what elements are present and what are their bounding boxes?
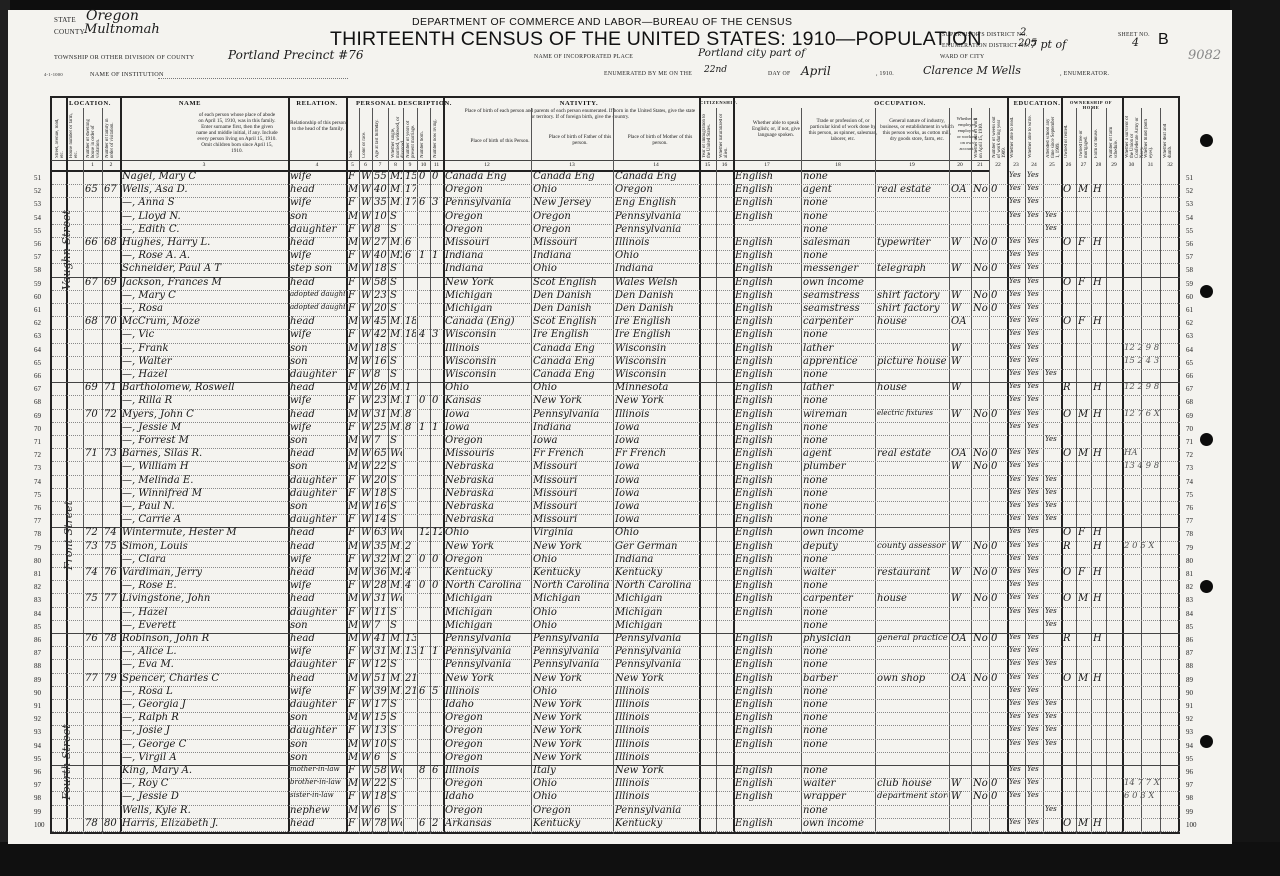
cell-family: 73 [104,448,119,459]
cell-relation: son [290,712,345,723]
cell-school: Yes [1045,739,1060,747]
cell-own: O [1063,527,1075,538]
cell-born: 6 [419,197,429,208]
line-number: 60 [1186,293,1193,301]
cell-bp: Kentucky [445,567,530,578]
cell-bpm: Illinois [615,699,698,710]
column-header-street: Street, avenue, road, etc. [55,112,65,158]
cell-lang: English [735,541,800,552]
cell-school: Yes [1045,725,1060,733]
cell-farm: H [1093,567,1105,578]
cell-name: —, Clara [122,554,287,565]
cell-read: Yes [1009,171,1024,179]
cell-years: 17 [405,184,416,195]
column-number: 20 [949,162,971,168]
cell-read: Yes [1009,765,1024,773]
cell-bp: Missouris [445,448,530,459]
column-number: 2 [102,162,120,168]
cell-bpf: Ohio [533,778,612,789]
cell-out: No [973,184,988,195]
cell-write: Yes [1027,422,1042,430]
cell-lang: English [735,791,800,802]
cell-race: W [361,778,371,789]
cell-farm: H [1093,673,1105,684]
cell-bpm: Kentucky [615,818,698,829]
line-number-left: 76 [34,504,41,512]
ward-value: 7 pt of [1030,38,1066,51]
cell-bpf: Ohio [533,791,612,802]
cell-bpm: Iowa [615,461,698,472]
cell-born: 0 [419,395,429,406]
cell-trade: none [803,197,874,208]
cell-bpf: Iowa [533,435,612,446]
cell-trade: none [803,765,874,776]
column-header-sched: Number of farm schedule. [1109,112,1119,158]
cell-marital: M2 [390,567,402,578]
cell-read: Yes [1009,475,1024,483]
cell-read: Yes [1009,382,1024,390]
cell-emp: W [951,382,970,393]
cell-age: 32 [374,554,387,565]
cell-emp: W [951,290,970,301]
cell-school: Yes [1045,514,1060,522]
cell-bp: Illinois [445,343,530,354]
cell-age: 31 [374,593,387,604]
cell-industry: general practice [877,633,948,643]
line-number: 57 [1186,253,1193,261]
cell-read: Yes [1009,646,1024,654]
line-number: 70 [1186,425,1193,433]
column-number: 12 [443,162,531,168]
cell-name: —, Carrie A [122,514,287,525]
cell-living: 1 [432,250,442,261]
line-number-left: 62 [34,319,41,327]
cell-trade: none [803,211,874,222]
cell-sex: F [348,395,358,406]
cell-marital: S [390,501,402,512]
cell-sex: M [348,501,358,512]
cell-years: 15 [405,171,416,182]
cell-lang: English [735,488,800,499]
cell-wk: 0 [991,778,1006,789]
cell-bpf: New York [533,739,612,750]
cell-relation: daughter [290,475,345,486]
cell-relation: daughter [290,699,345,710]
cell-years: 18 [405,316,416,327]
cell-living: 3 [432,329,442,340]
cell-name: —, Mary C [122,290,287,301]
cell-bpm: Illinois [615,739,698,750]
cell-out: No [973,673,988,684]
cell-bp: Illinois [445,686,530,697]
cell-age: 13 [374,725,387,736]
cell-emp: W [951,303,970,314]
cell-bpm: Michigan [615,620,698,631]
column-header-living: Number now living. [433,112,438,158]
column-header-family: Number of family in order of visitation. [105,112,115,158]
cell-sex: F [348,580,358,591]
cell-trade: none [803,620,874,631]
cell-age: 41 [374,633,387,644]
column-header-dwelling: Number of dwelling house in order of vis… [86,112,101,158]
line-number-left: 61 [34,306,41,314]
cell-industry: restaurant [877,567,948,578]
cell-trade: seamstress [803,303,874,314]
cell-write: Yes [1027,818,1042,826]
cell-relation: brother-in-law [290,778,345,786]
cell-write: Yes [1027,448,1042,456]
cell-bpm: Iowa [615,475,698,486]
cell-sex: F [348,527,358,538]
cell-bpm: Illinois [615,778,698,789]
cell-living: 0 [432,171,442,182]
column-number: 17 [733,162,801,168]
cell-living: 3 [432,197,442,208]
cell-bpf: Missouri [533,461,612,472]
cell-wk: 0 [991,673,1006,684]
cell-read: Yes [1009,316,1024,324]
cell-marital: M1 [390,554,402,565]
cell-sex: F [348,818,358,829]
line-number-left: 73 [34,464,41,472]
cell-age: 31 [374,409,387,420]
cell-mort: M [1078,184,1090,195]
cell-age: 28 [374,580,387,591]
cell-relation: adopted daughter [290,290,345,298]
cell-age: 7 [374,620,387,631]
line-number: 68 [1186,398,1193,406]
cell-bp: Wisconsin [445,369,530,380]
coding-annotation: 12 2 9 8 [1124,343,1159,353]
cell-marital: S [390,303,402,314]
cell-relation: wife [290,329,345,340]
cell-bpf: Kentucky [533,818,612,829]
cell-relation: daughter [290,224,345,235]
cell-write: Yes [1027,197,1042,205]
cell-lang: English [735,712,800,723]
cell-race: W [361,435,371,446]
cell-bp: Pennsylvania [445,659,530,670]
column-number: 30 [1122,162,1141,168]
line-number: 96 [1186,768,1193,776]
cell-age: 20 [374,303,387,314]
cell-industry: telegraph [877,263,948,274]
cell-bpf: New York [533,395,612,406]
cell-bpf: Oregon [533,805,612,816]
column-number: 31 [1141,162,1160,168]
cell-years: 6 [405,250,416,261]
cell-write: Yes [1027,329,1042,337]
cell-bp: Wisconsin [445,329,530,340]
cell-bpf: Ohio [533,184,612,195]
cell-years: 4 [405,567,416,578]
cell-read: Yes [1009,488,1024,496]
cell-read: Yes [1009,263,1024,271]
line-number: 93 [1186,728,1193,736]
cell-age: 55 [374,171,387,182]
cell-school: Yes [1045,620,1060,628]
cell-bpf: Missouri [533,475,612,486]
cell-sex: F [348,250,358,261]
cell-age: 23 [374,395,387,406]
cell-read: Yes [1009,409,1024,417]
cell-born: 1 [419,646,429,657]
cell-bp: Wisconsin [445,356,530,367]
cell-lang: English [735,686,800,697]
cell-bpm: Ohio [615,527,698,538]
cell-bpm: Wisconsin [615,369,698,380]
cell-relation: head [290,382,345,393]
cell-write: Yes [1027,171,1042,179]
cell-industry: picture house [877,356,948,367]
column-number: 6 [359,162,372,168]
line-number-left: 55 [34,227,41,235]
cell-trade: own income [803,277,874,288]
cell-lang: English [735,369,800,380]
cell-farm: H [1093,527,1105,538]
cell-bpf: New York [533,673,612,684]
cell-marital: M1 [390,686,402,697]
cell-sex: M [348,778,358,789]
cell-out: No [973,791,988,802]
cell-marital: M1 [390,197,402,208]
cell-out: No [973,541,988,552]
cell-bp: North Carolina [445,580,530,591]
cell-name: Myers, John C [122,409,287,420]
cell-marital: M1 [390,184,402,195]
cell-race: W [361,263,371,274]
cell-sex: F [348,607,358,618]
line-number: 94 [1186,742,1193,750]
cell-dwelling: 66 [85,237,101,248]
cell-emp: OA [951,673,970,684]
cell-name: —, Rilla R [122,395,287,406]
line-number: 67 [1186,385,1193,393]
cell-relation: son [290,343,345,354]
cell-sex: M [348,316,358,327]
cell-relation: head [290,541,345,552]
cell-family: 76 [104,567,119,578]
cell-relation: head [290,277,345,288]
cell-years: 8 [405,422,416,433]
cell-wk: 0 [991,448,1006,459]
cell-marital: S [390,461,402,472]
cell-farm: H [1093,409,1105,420]
line-number-left: 90 [34,689,41,697]
cell-emp: OA [951,633,970,644]
line-number-left: 100 [34,821,45,829]
line-number: 98 [1186,794,1193,802]
cell-born: 4 [419,329,429,340]
cell-bp: Iowa [445,409,530,420]
cell-write: Yes [1027,356,1042,364]
cell-read: Yes [1009,184,1024,192]
cell-bp: Oregon [445,725,530,736]
cell-wk: 0 [991,791,1006,802]
cell-school: Yes [1045,607,1060,615]
cell-lang: English [735,554,800,565]
cell-age: 26 [374,382,387,393]
cell-marital: Wd [390,527,402,538]
cell-bp: New York [445,541,530,552]
cell-years: 6 [405,237,416,248]
line-number-left: 69 [34,412,41,420]
cell-bp: Oregon [445,739,530,750]
cell-marital: Wd [390,818,402,829]
cell-bpf: Ohio [533,382,612,393]
cell-lang: English [735,739,800,750]
cell-trade: none [803,224,874,235]
cell-bpm: Pennsylvania [615,805,698,816]
cell-wk: 0 [991,409,1006,420]
line-number: 52 [1186,187,1193,195]
cell-write: Yes [1027,343,1042,351]
line-number: 53 [1186,200,1193,208]
cell-bp: Ohio [445,382,530,393]
cell-own: R [1063,541,1075,552]
cell-family: 74 [104,527,119,538]
cell-dwelling: 76 [85,633,101,644]
cell-lang: English [735,673,800,684]
cell-sex: M [348,593,358,604]
cell-marital: M1 [390,237,402,248]
line-number: 51 [1186,174,1193,182]
cell-age: 15 [374,712,387,723]
cell-marital: S [390,805,402,816]
cell-bp: Michigan [445,290,530,301]
cell-read: Yes [1009,395,1024,403]
cell-bpf: Missouri [533,488,612,499]
cell-sex: F [348,475,358,486]
cell-bpm: Illinois [615,725,698,736]
cell-lang: English [735,250,800,261]
cell-industry: real estate [877,448,948,459]
cell-mort: M [1078,818,1090,829]
punch-hole [1200,580,1213,593]
cell-dwelling: 72 [85,527,101,538]
cell-lang: English [735,409,800,420]
column-header-own: Owned or rented. [1064,112,1069,158]
cell-bpf: Missouri [533,514,612,525]
cell-bp: Oregon [445,184,530,195]
cell-family: 67 [104,184,119,195]
cell-wk: 0 [991,541,1006,552]
cell-mort: F [1078,567,1090,578]
cell-read: Yes [1009,237,1024,245]
cell-trade: none [803,805,874,816]
cell-read: Yes [1009,725,1024,733]
cell-race: W [361,171,371,182]
cell-marital: S [390,369,402,380]
coding-annotation: 14 7 7 X [1124,778,1160,788]
cell-bpf: Pennsylvania [533,646,612,657]
cell-bpf: New York [533,752,612,763]
table-overlay: LOCATION. NAME RELATION. PERSONAL DESCRI… [0,0,1280,876]
cell-industry: typewriter [877,237,948,248]
cell-lang: English [735,435,800,446]
line-number-left: 96 [34,768,41,776]
cell-bpf: Pennsylvania [533,633,612,644]
cell-write: Yes [1027,409,1042,417]
cell-race: W [361,329,371,340]
cell-relation: wife [290,422,345,433]
cell-bpf: Canada Eng [533,343,612,354]
cell-sex: M [348,752,358,763]
column-header-mort: Owned free or mortgaged. [1079,112,1089,158]
cell-bpm: Minnesota [615,382,698,393]
cell-sex: F [348,554,358,565]
street-label-3: Fourth Street [60,724,73,800]
cell-read: Yes [1009,356,1024,364]
cell-bpm: Iowa [615,501,698,512]
cell-born: 1 [419,250,429,261]
cell-own: O [1063,818,1075,829]
column-number: 29 [1106,162,1122,168]
cell-out: No [973,303,988,314]
cell-marital: M2 [390,171,402,182]
cell-read: Yes [1009,329,1024,337]
cell-bpm: Illinois [615,752,698,763]
cell-lang: English [735,184,800,195]
line-number: 76 [1186,504,1193,512]
cell-lang: English [735,448,800,459]
line-number: 77 [1186,517,1193,525]
cell-bpm: Oregon [615,184,698,195]
cell-read: Yes [1009,673,1024,681]
cell-age: 40 [374,184,387,195]
cell-race: W [361,211,371,222]
cell-lang: English [735,633,800,644]
street-label-1: Vaughn Street [60,210,73,290]
cell-farm: H [1093,277,1105,288]
cell-bp: Idaho [445,791,530,802]
cell-years: 21 [405,686,416,697]
cell-born: 8 [419,765,429,776]
column-header-write: Whether able to write. [1028,112,1033,158]
column-header-house: House number or farm, etc. [69,112,79,158]
cell-bp: Oregon [445,712,530,723]
cell-relation: wife [290,395,345,406]
cell-bpm: Kentucky [615,567,698,578]
cell-relation: daughter [290,488,345,499]
cell-own: O [1063,277,1075,288]
cell-relation: wife [290,646,345,657]
cell-age: 12 [374,659,387,670]
cell-bpm: New York [615,395,698,406]
cell-marital: Wd [390,593,402,604]
cell-bpm: Michigan [615,593,698,604]
cell-name: —, Hazel [122,607,287,618]
cell-name: —, Edith C. [122,224,287,235]
cell-years: 2 [405,541,416,552]
coding-annotation: 12 7 6 X [1124,409,1160,419]
cell-bpf: Fr French [533,448,612,459]
cell-bpm: Pennsylvania [615,659,698,670]
cell-name: Bartholomew, Roswell [122,382,287,393]
column-number: 21 [971,162,989,168]
cell-dwelling: 74 [85,567,101,578]
cell-sex: F [348,224,358,235]
punch-hole [1200,134,1213,147]
trade-desc: Trade or profession of, or particular ki… [808,118,878,142]
cell-relation: mother-in-law [290,765,345,773]
line-number: 99 [1186,808,1193,816]
cell-bp: Kansas [445,395,530,406]
coding-annotation: 15 2 4 3 [1124,356,1159,366]
line-number-left: 63 [34,332,41,340]
cell-age: 18 [374,488,387,499]
line-number-left: 83 [34,596,41,604]
